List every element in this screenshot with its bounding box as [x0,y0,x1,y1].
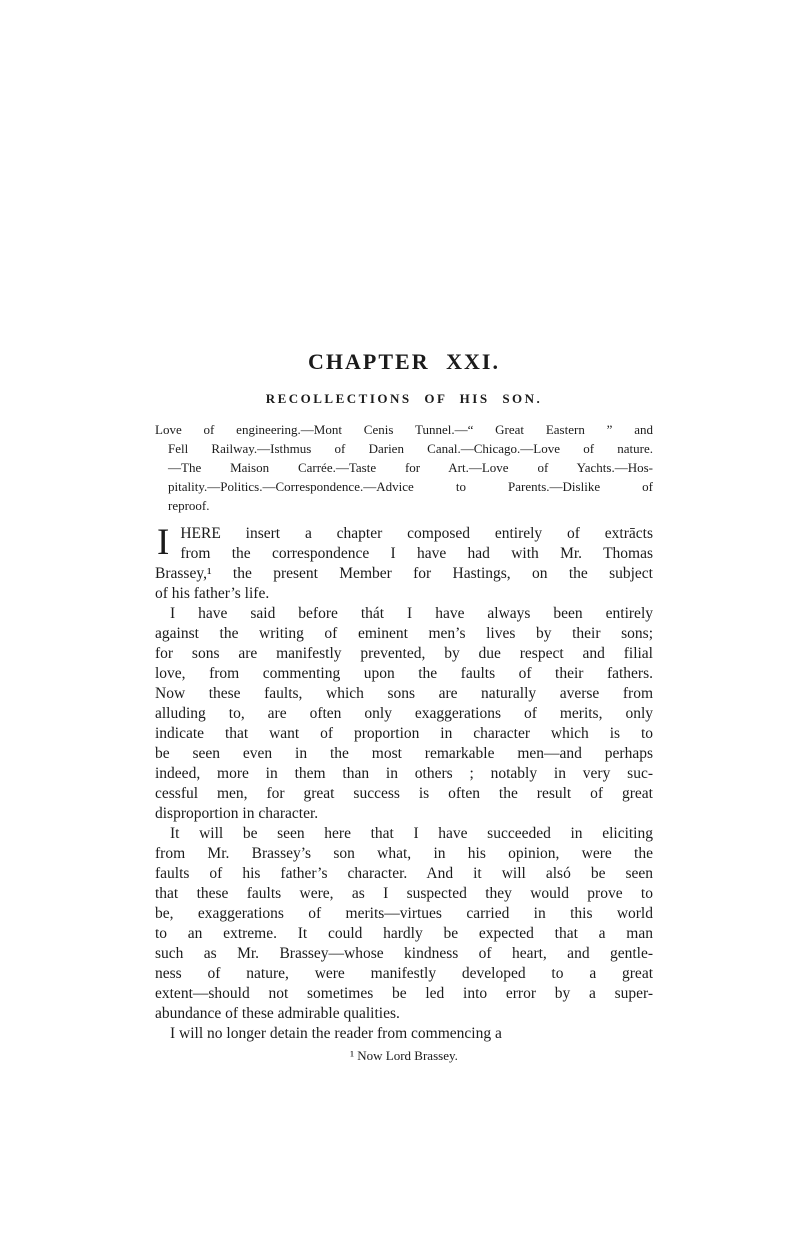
text-line: Fell Railway.—Isthmus of Darien Canal.—C… [155,439,653,458]
text-line: faults of his father’s character. And it… [155,864,653,884]
text-line: alluding to, are often only exaggeration… [155,704,653,724]
text-line: disproportion in character. [155,804,653,824]
text-line: indicate that want of proportion in char… [155,724,653,744]
text-line: of his father’s life. [155,584,653,604]
text-line: abundance of these admirable qualities. [155,1004,653,1024]
book-page: CHAPTER XXI. RECOLLECTIONS OF HIS SON. L… [0,0,800,1237]
text-line: be, exaggerations of merits—virtues carr… [155,904,653,924]
body-text: IHERE insert a chapter composed entirely… [155,524,653,1044]
text-line: HERE insert a chapter composed entirely … [155,524,653,544]
chapter-synopsis: Love of engineering.—Mont Cenis Tunnel.—… [155,420,653,515]
text-line: that these faults were, as I suspected t… [155,884,653,904]
text-line: to an extreme. It could hardly be expect… [155,924,653,944]
text-line: Brassey,¹ the present Member for Hasting… [155,564,653,584]
text-line: ness of nature, were manifestly develope… [155,964,653,984]
text-line: be seen even in the most remarkable men—… [155,744,653,764]
footnote: ¹ Now Lord Brassey. [155,1047,653,1065]
drop-cap: I [155,524,180,563]
text-line: Love of engineering.—Mont Cenis Tunnel.—… [155,420,653,439]
page-content: CHAPTER XXI. RECOLLECTIONS OF HIS SON. L… [155,349,653,1065]
text-line: I will no longer detain the reader from … [155,1024,653,1044]
section-title: RECOLLECTIONS OF HIS SON. [155,391,653,406]
text-line: pitality.—Politics.—Correspondence.—Advi… [155,477,653,496]
paragraph-4: I will no longer detain the reader from … [155,1024,653,1044]
paragraph-1: IHERE insert a chapter composed entirely… [155,524,653,604]
paragraph-2: I have said before thát I have always be… [155,604,653,824]
text-line: —The Maison Carrée.—Taste for Art.—Love … [155,458,653,477]
chapter-title: CHAPTER XXI. [155,349,653,375]
text-line: extent—should not sometimes be led into … [155,984,653,1004]
text-line: It will be seen here that I have succeed… [155,824,653,844]
text-line: love, from commenting upon the faults of… [155,664,653,684]
paragraph-3: It will be seen here that I have succeed… [155,824,653,1024]
text-line: I have said before thát I have always be… [155,604,653,624]
text-line: from the correspondence I have had with … [155,544,653,564]
text-line: reproof. [155,496,653,515]
text-line: against the writing of eminent men’s liv… [155,624,653,644]
text-line: for sons are manifestly prevented, by du… [155,644,653,664]
text-line: Now these faults, which sons are natural… [155,684,653,704]
text-line: indeed, more in them than in others ; no… [155,764,653,784]
text-line: cessful men, for great success is often … [155,784,653,804]
text-line: such as Mr. Brassey—whose kindness of he… [155,944,653,964]
text-line: from Mr. Brassey’s son what, in his opin… [155,844,653,864]
